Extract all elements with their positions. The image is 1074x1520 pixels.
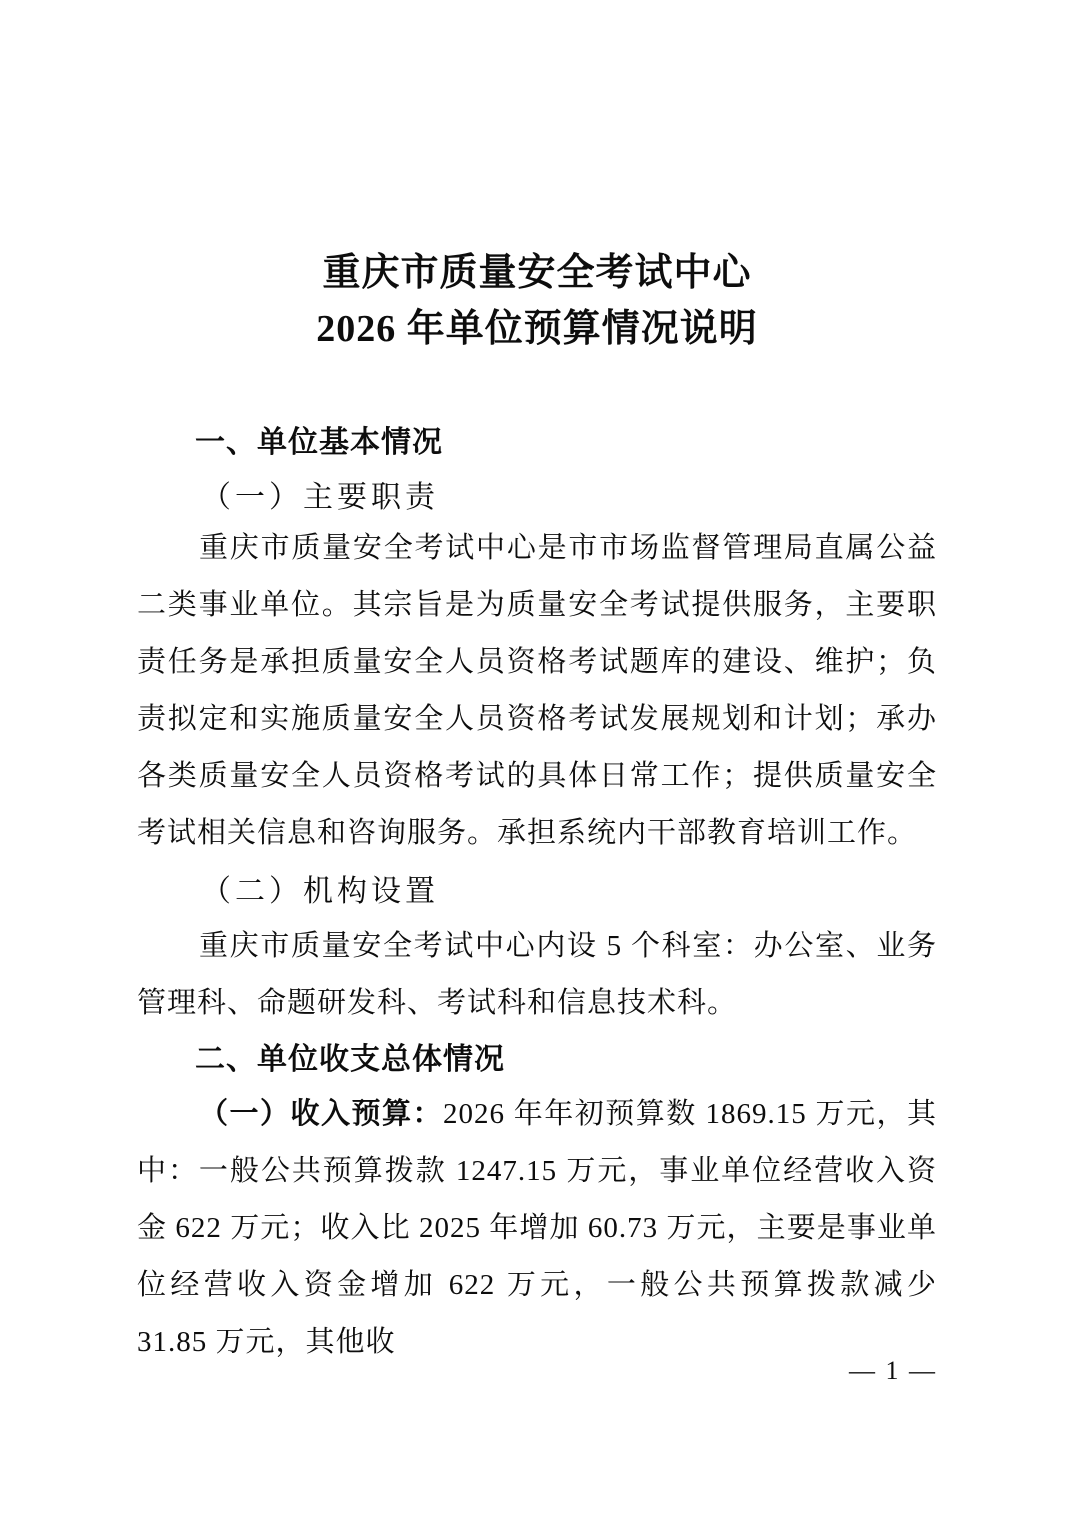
paragraph-org-structure: 重庆市质量安全考试中心内设 5 个科室：办公室、业务管理科、命题研发科、考试科和… <box>137 918 937 1032</box>
title-line-2: 2026 年单位预算情况说明 <box>0 301 1074 357</box>
paragraph-main-duties: 重庆市质量安全考试中心是市市场监督管理局直属公益二类事业单位。其宗旨是为质量安全… <box>137 520 937 862</box>
section-heading-budget-overview: 二、单位收支总体情况 <box>137 1038 937 1082</box>
paragraph-income-budget: （一）收入预算：2026 年年初预算数 1869.15 万元，其中：一般公共预算… <box>137 1086 937 1371</box>
title-line-1: 重庆市质量安全考试中心 <box>0 245 1074 301</box>
income-budget-text: 2026 年年初预算数 1869.15 万元，其中：一般公共预算拨款 1247.… <box>137 1098 937 1358</box>
page-number: — 1 — <box>849 1356 937 1386</box>
subsection-heading-main-duties: （一）主要职责 <box>137 476 937 520</box>
section-heading-basic-info: 一、单位基本情况 <box>137 421 937 465</box>
income-budget-lead: （一）收入预算： <box>199 1098 443 1130</box>
document-page: 重庆市质量安全考试中心 2026 年单位预算情况说明 一、单位基本情况 （一）主… <box>0 0 1074 1520</box>
document-body: 一、单位基本情况 （一）主要职责 重庆市质量安全考试中心是市市场监督管理局直属公… <box>0 421 1074 1371</box>
document-title: 重庆市质量安全考试中心 2026 年单位预算情况说明 <box>0 245 1074 357</box>
subsection-heading-org-structure: （二）机构设置 <box>137 870 937 914</box>
